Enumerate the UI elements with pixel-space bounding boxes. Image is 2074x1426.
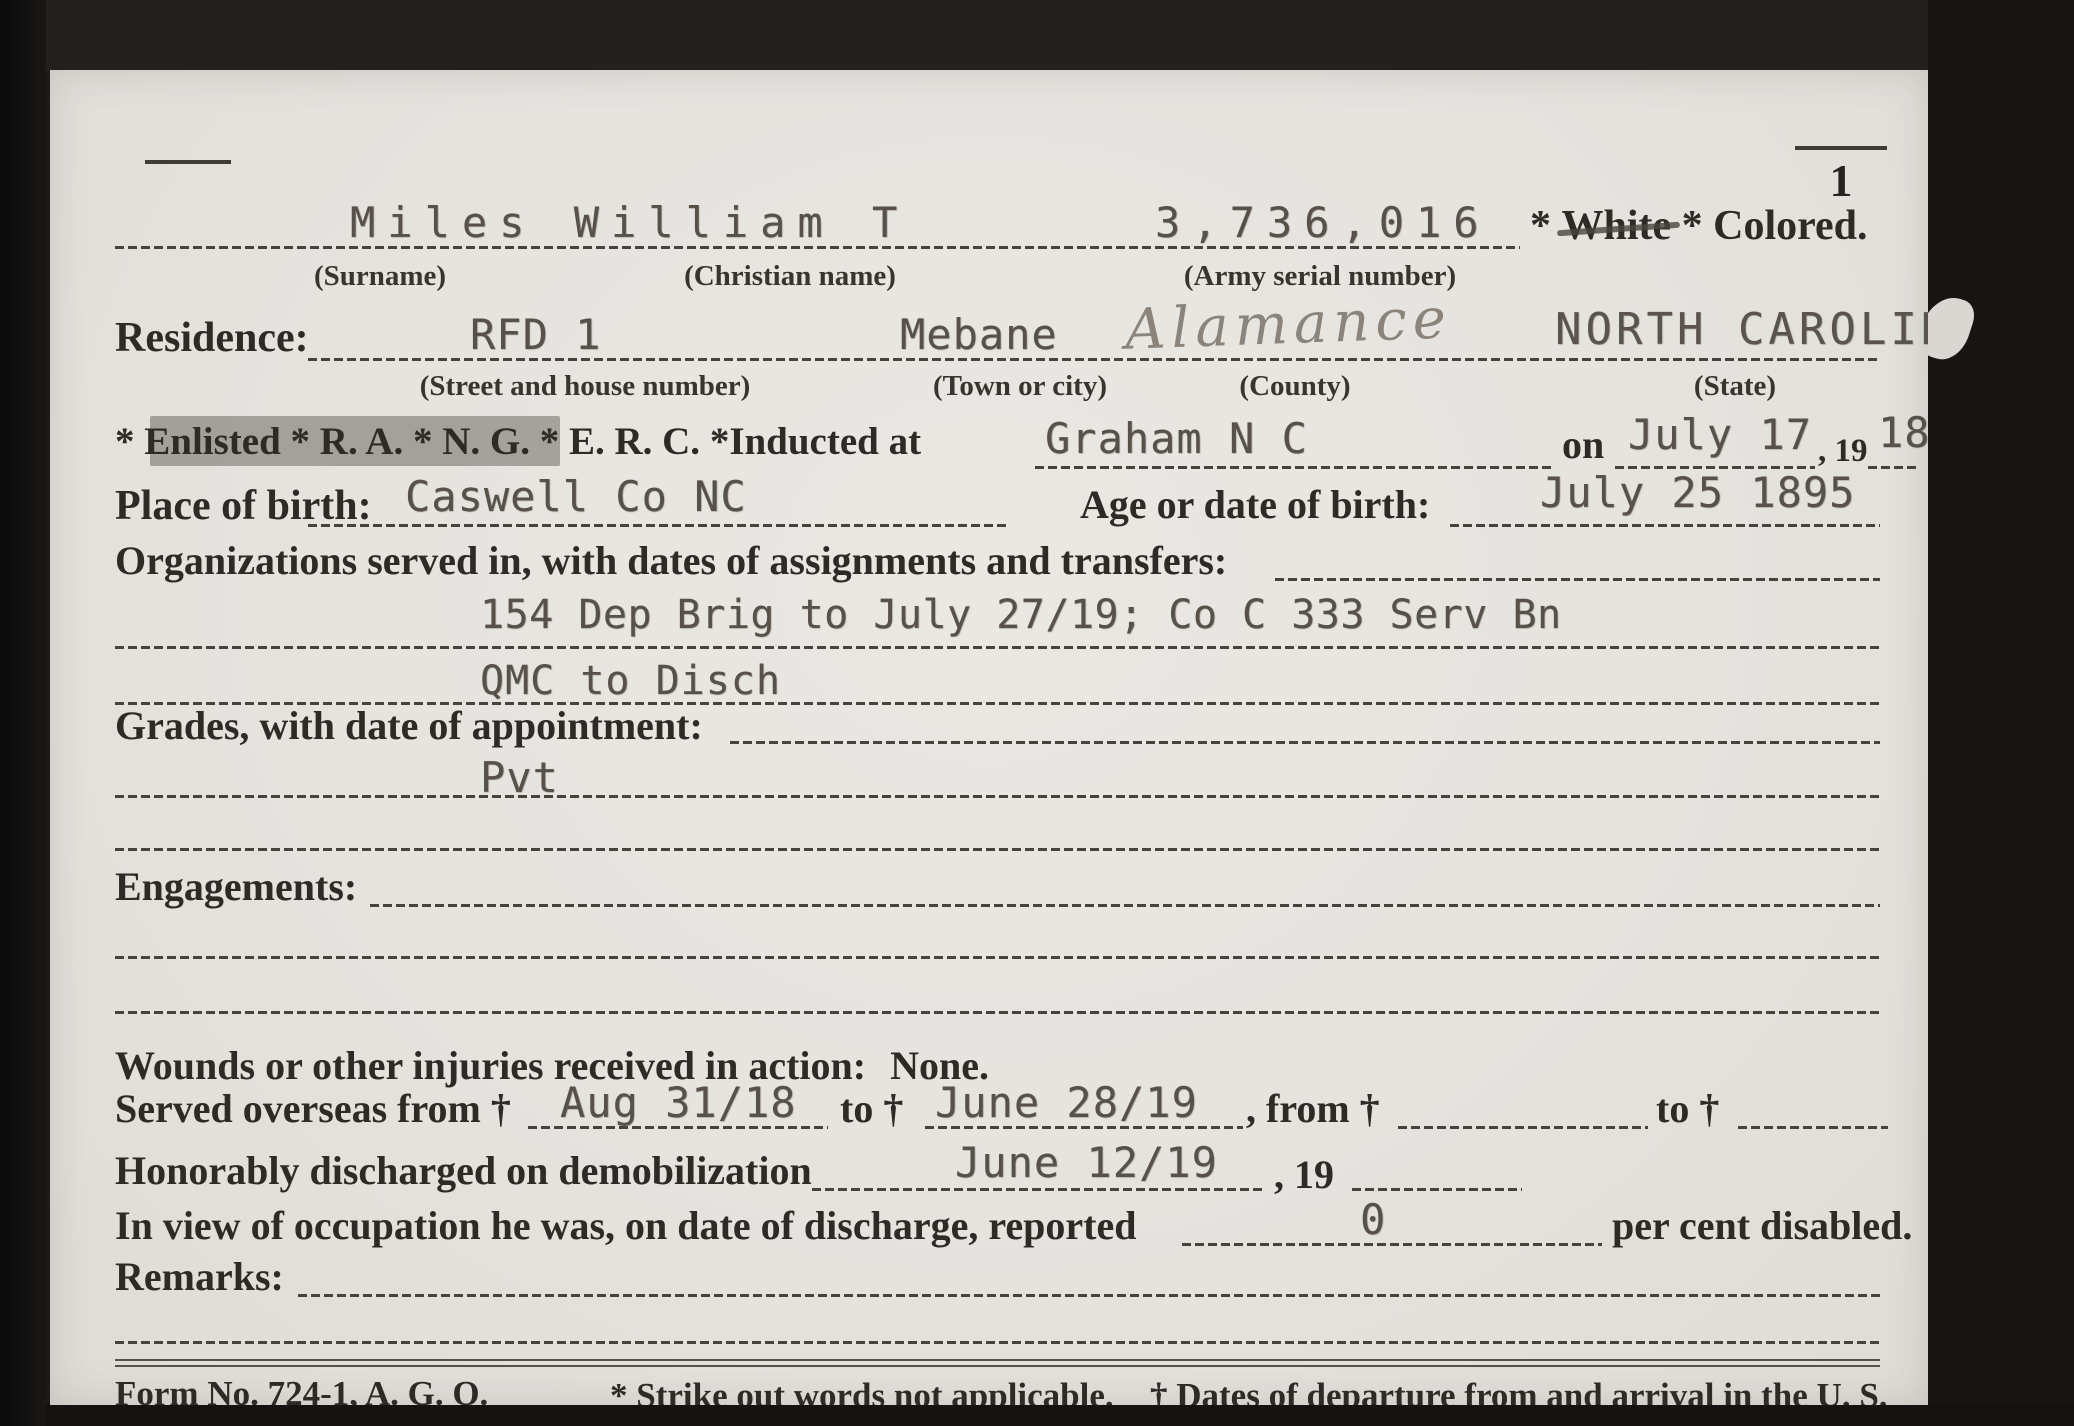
overseas-from-label2: , from † [1246,1088,1380,1130]
caption-street: (Street and house number) [360,370,810,403]
residence-town-value: Mebane [900,310,1058,359]
discharge-date-value: June 12/19 [955,1138,1218,1187]
dashed-line [308,524,1008,527]
race-options: * White * Colored. [1530,204,1868,248]
footer-dates-note: † Dates of departure from and arrival in… [1150,1378,1888,1405]
induction-year-value: 18 [1878,408,1928,457]
scan-border-right [1928,0,2074,1426]
name-value: Miles William T [350,198,909,247]
induction-date-value: July 17 [1628,410,1812,459]
dashed-line [1868,466,1918,469]
dashed-line [928,1188,1264,1191]
dashed-line [925,1126,1243,1129]
scan-border-left [0,0,46,1426]
remarks-label: Remarks: [115,1256,284,1298]
overseas-label: Served overseas from † [115,1088,511,1130]
organizations-label: Organizations served in, with dates of a… [115,540,1227,582]
overseas-to-label2: to † [1656,1088,1719,1130]
bottom-rule-1 [115,1359,1880,1361]
dashed-line [1450,524,1880,527]
dashed-line [115,795,1880,798]
wounds-line: Wounds or other injuries received in act… [115,1045,989,1087]
serial-value: 3,736,016 [1155,198,1491,247]
caption-state: (State) [1620,370,1850,403]
dashed-line [1275,578,1880,581]
dashed-line [115,956,1880,959]
dashed-line [370,904,1880,907]
birth-date-value: July 25 1895 [1540,468,1855,517]
scan-border-top [0,0,2074,70]
dashed-line [115,646,1880,649]
organizations-line1: 154 Dep Brig to July 27/19; Co C 333 Ser… [480,592,1562,638]
dashed-line [115,1011,1880,1014]
residence-street-value: RFD 1 [470,310,601,359]
place-of-birth-value: Caswell Co NC [405,472,747,521]
engagements-label: Engagements: [115,866,357,908]
dashed-line [298,1294,1880,1297]
discharge-year-prefix: , 19 [1274,1154,1334,1196]
bottom-rule-2 [115,1365,1880,1367]
disability-value: 0 [1360,1195,1386,1244]
dashed-line [115,246,1520,249]
discharge-label: Honorably discharged on demobilization [115,1150,812,1192]
overseas-to-label1: to † [840,1088,903,1130]
disability-label: In view of occupation he was, on date of… [115,1205,1136,1247]
enlistment-options: * Enlisted * R. A. * N. G. * E. R. C. [115,420,700,463]
caption-town: (Town or city) [890,370,1150,403]
inducted-at-label: *Inducted at [700,420,921,463]
page-number: 1 [1795,154,1887,207]
dashed-line [1738,1126,1888,1129]
dashed-line [730,741,1880,744]
place-of-birth-label: Place of birth: [115,484,372,528]
dashed-line [1398,1126,1648,1129]
page-number-overline [1795,146,1887,150]
race-colored: Colored. [1713,203,1867,249]
dashed-line [1352,1188,1522,1191]
grades-label: Grades, with date of appointment: [115,705,703,747]
scan-border-bottom [0,1403,2074,1426]
dashed-line [115,848,1880,851]
footer-form-number: Form No. 724-1, A. G. O. [115,1376,488,1405]
top-left-dash [145,160,231,164]
scanned-service-card: 1 Miles William T 3,736,016 * White * Co… [0,0,2074,1426]
residence-state-value: NORTH CAROLINA [1555,304,1928,355]
dashed-line [812,1188,924,1191]
caption-surname: (Surname) [250,260,510,293]
service-record-card: 1 Miles William T 3,736,016 * White * Co… [50,70,1928,1405]
inducted-place-value: Graham N C [1045,414,1308,463]
age-label: Age or date of birth: [1080,484,1430,526]
dashed-line [528,1126,828,1129]
year-prefix-printed: , 19 [1818,434,1868,469]
dashed-line [115,1341,1880,1344]
on-label: on [1562,424,1604,466]
residence-county-value: Alamance [1124,286,1453,362]
organizations-line2: QMC to Disch [480,658,781,704]
dashed-line [1035,466,1555,469]
footer-strike-note: * Strike out words not applicable. [610,1378,1114,1405]
enlistment-line: * Enlisted * R. A. * N. G. * E. R. C. *I… [115,422,921,463]
race-star1: * [1530,203,1562,249]
overseas-from1-value: Aug 31/18 [560,1078,797,1127]
overseas-to1-value: June 28/19 [935,1078,1198,1127]
caption-christian-name: (Christian name) [610,260,970,293]
disability-suffix: per cent disabled. [1612,1205,1912,1247]
dashed-line [1182,1243,1602,1246]
residence-label: Residence: [115,316,309,360]
race-white-struck: White [1562,204,1672,248]
caption-county: (County) [1185,370,1405,403]
